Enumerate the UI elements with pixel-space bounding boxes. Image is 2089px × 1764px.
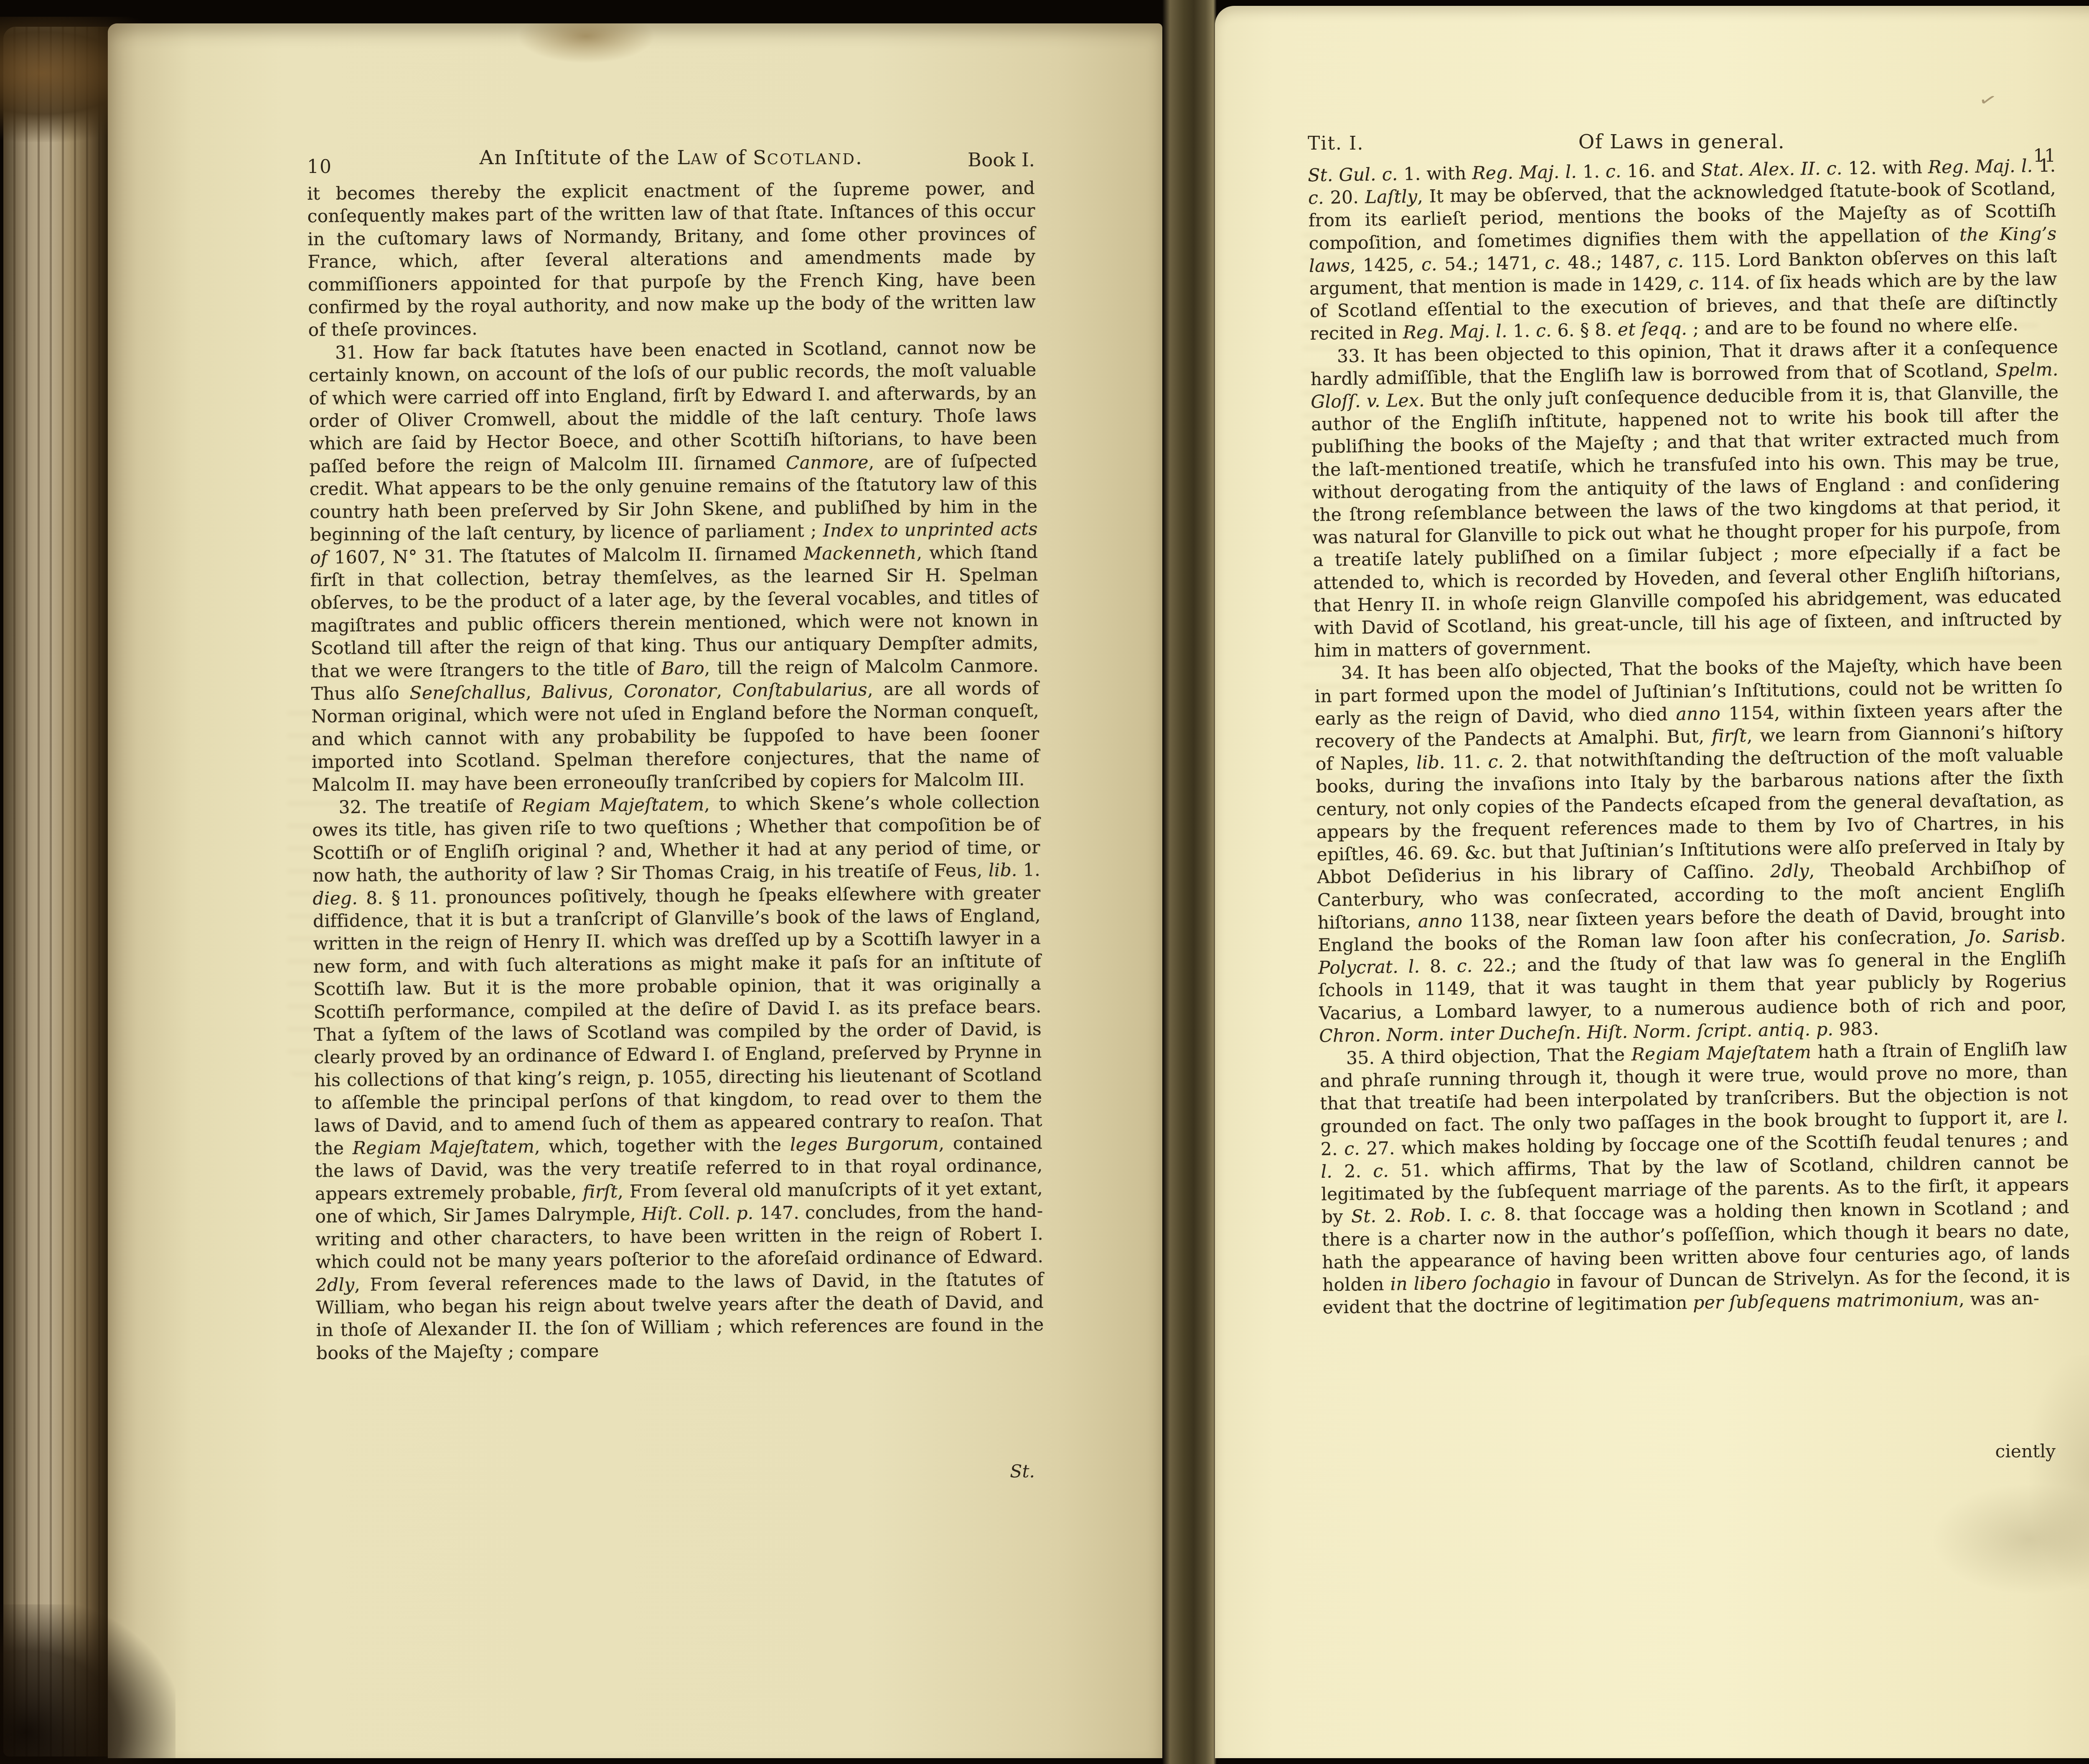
pen-mark: ✓ (1977, 89, 1999, 112)
book-scan: 10 An Inſtitute of the Law of Scotland. … (0, 0, 2089, 1764)
paragraph: St. Gul. c. 1. with Reg. Maj. l. 1. c. 1… (1308, 155, 2058, 346)
paragraph: 31. How far back ſtatutes have been enac… (308, 336, 1039, 797)
book-label: Book I. (968, 149, 1035, 171)
page-number: 10 (307, 156, 332, 178)
left-page: 10 An Inſtitute of the Law of Scotland. … (108, 23, 1162, 1758)
paragraph: 33. It has been objected to this opinion… (1310, 336, 2062, 663)
catchword: St. (307, 1462, 1035, 1482)
catchword: ciently (1308, 1441, 2056, 1462)
left-page-text: it becomes thereby the explicit enactmen… (307, 177, 1044, 1365)
paragraph: 34. It has been alſo objected, That the … (1314, 653, 2067, 1048)
paragraph: it becomes thereby the explicit enactmen… (307, 177, 1036, 342)
title-label: Tit. I. (1308, 133, 1364, 154)
right-page: ✓ Tit. I. Of Laws in general. 11 St. Gul… (1215, 6, 2089, 1758)
paragraph: 32. The treatiſe of Regiam Majeſtatem, t… (312, 791, 1044, 1365)
paragraph: 35. A third objection, That the Regiam M… (1319, 1038, 2071, 1319)
book-gutter (1162, 0, 1217, 1764)
paper-stain (517, 23, 655, 64)
paper-stain (2030, 1355, 2089, 1589)
corner-shadow (0, 1604, 175, 1764)
right-page-text: St. Gul. c. 1. with Reg. Maj. l. 1. c. 1… (1308, 155, 2071, 1320)
left-page-header: 10 An Inſtitute of the Law of Scotland. … (307, 146, 1035, 180)
paper-stain (1934, 1485, 2089, 1594)
page-stack-edges (3, 27, 110, 1756)
running-title: An Inſtitute of the Law of Scotland. (307, 146, 1035, 169)
running-title: Of Laws in general. (1308, 130, 2056, 153)
